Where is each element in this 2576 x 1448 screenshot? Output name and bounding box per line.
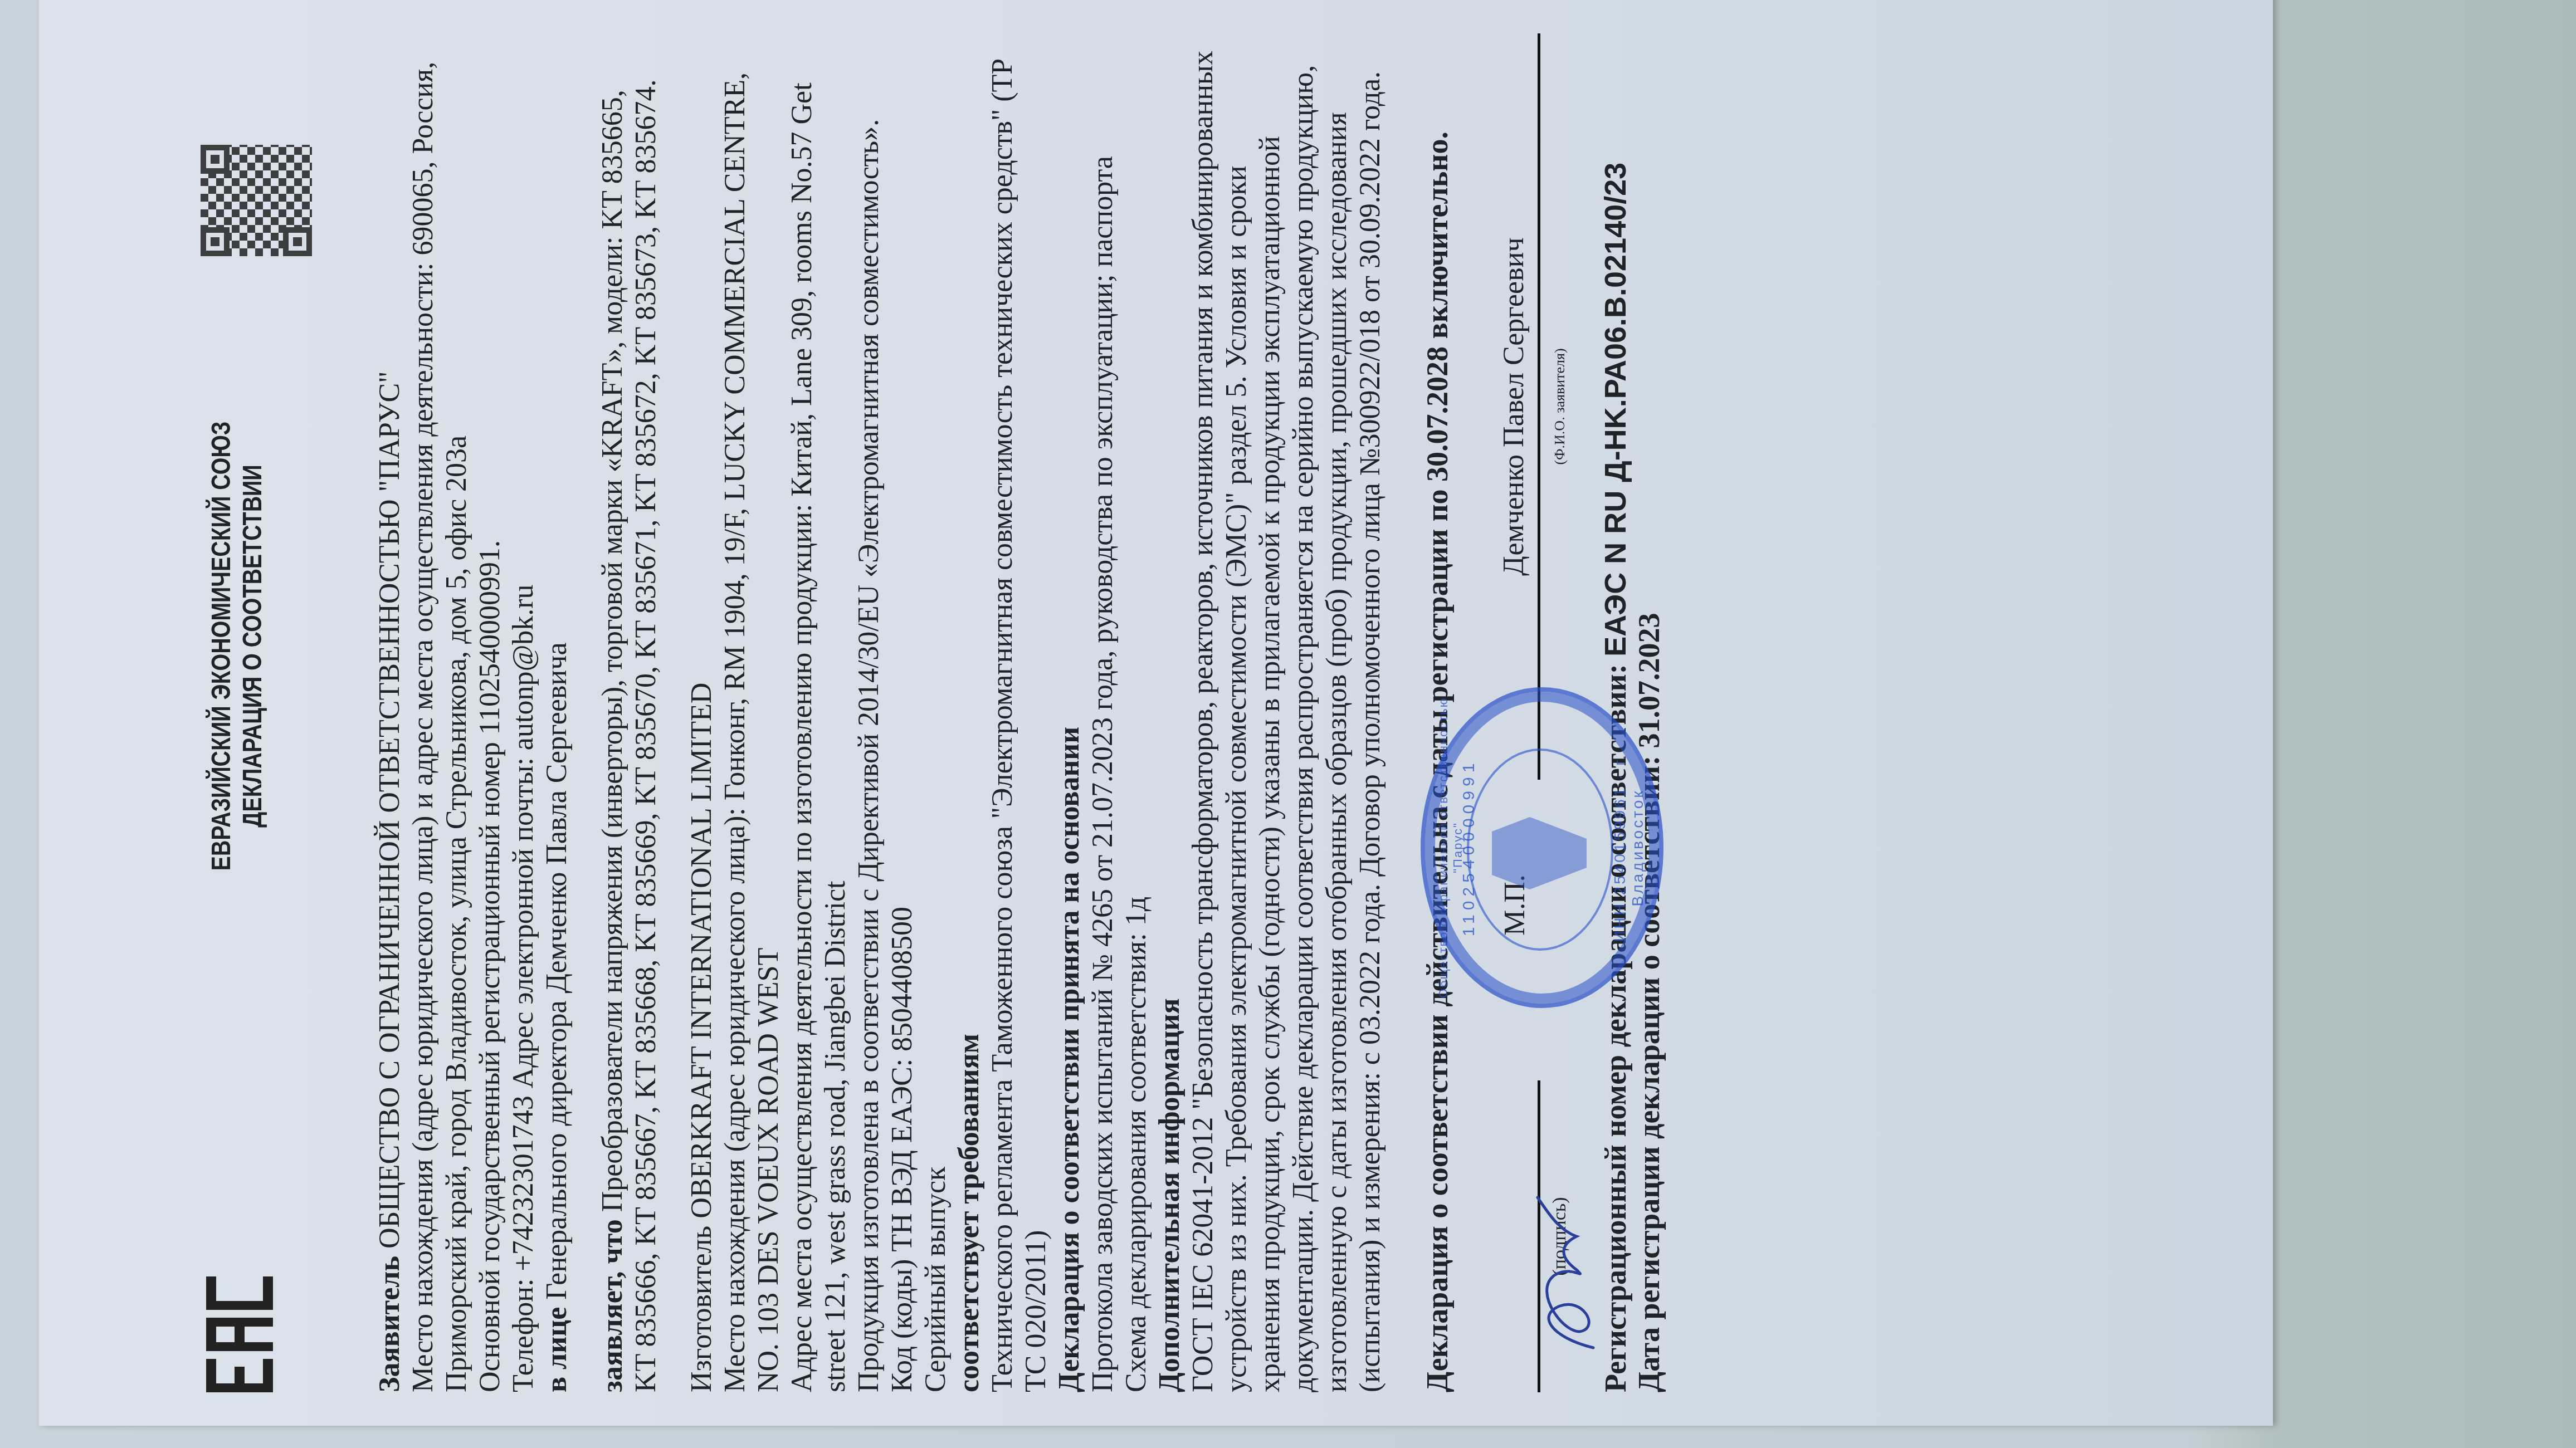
directive: Продукция изготовлена в соответствии с Д… [852,45,886,1392]
manufacturer-address: Место нахождения (адрес юридического лиц… [719,45,786,1392]
signer-caption: (Ф.И.О. заявителя) [1543,33,1577,780]
conformity-label: соответствует требованиям [953,45,986,1392]
eac-logo-icon [206,1275,273,1392]
basis-text: Протокола заводских испытаний № 4265 от … [1086,45,1120,1392]
company-seal-stamp: Общество с ограниченной ответственностью… [1421,687,1663,1008]
handwritten-signature-icon [1515,1192,1610,1359]
basis-label: Декларация о соответствии принята на осн… [1053,45,1086,1392]
applicant-contacts: Телефон: +74232301743 Адрес электронной … [507,45,540,1392]
production-address: Адрес места осуществления деятельности п… [786,45,852,1392]
applicant-address: Место нахождения (адрес юридического лиц… [407,45,474,1392]
document-header: ЕВРАЗИЙСКИЙ ЭКОНОМИЧЕСКИЙ СОЮЗ ДЕКЛАРАЦИ… [184,17,329,1409]
additional-info-label: Дополнительная информация [1153,45,1187,1392]
document-sheet: ЕВРАЗИЙСКИЙ ЭКОНОМИЧЕСКИЙ СОЮЗ ДЕКЛАРАЦИ… [39,0,2273,1426]
declaration-scheme: Схема декларирования соответствия: 1д [1120,45,1153,1392]
declaration-document: ЕВРАЗИЙСКИЙ ЭКОНОМИЧЕСКИЙ СОЮЗ ДЕКЛАРАЦИ… [84,17,2256,1409]
manufacturer-name: Изготовитель OBERKRAFT INTERNATIONAL LIM… [685,45,719,1392]
additional-info-text: ГОСТ IEC 62041-2012 "Безопасность трансф… [1187,45,1387,1392]
applicant-name: Заявитель ОБЩЕСТВО С ОГРАНИЧЕННОЙ ОТВЕТС… [373,45,407,1392]
title-declaration: ДЕКЛАРАЦИЯ О СООТВЕТСТВИИ [237,349,269,943]
hs-code: Код (коды) ТН ВЭД ЕАЭС: 8504408500 [886,45,919,1392]
release-type: Серийный выпуск [919,45,953,1392]
title-union: ЕВРАЗИЙСКИЙ ЭКОНОМИЧЕСКИЙ СОЮЗ [206,349,237,943]
document-title: ЕВРАЗИЙСКИЙ ЭКОНОМИЧЕСКИЙ СОЮЗ ДЕКЛАРАЦИ… [206,349,269,943]
qr-code-icon [201,145,312,256]
applicant-ogrn: Основной государственный регистрационный… [474,45,507,1392]
declared-products: заявляет, что Преобразователи напряжения… [596,45,663,1392]
conformity-text: Технического регламента Таможенного союз… [986,45,1053,1392]
name-line [1538,33,1540,780]
stamp-inn: ИНН 2540159961 · г. Владивосток [1611,692,1647,1004]
signer-name: Демченко Павел Сергеевич [1497,33,1531,780]
applicant-representative: в лице Генерального директора Демченко П… [540,45,574,1392]
